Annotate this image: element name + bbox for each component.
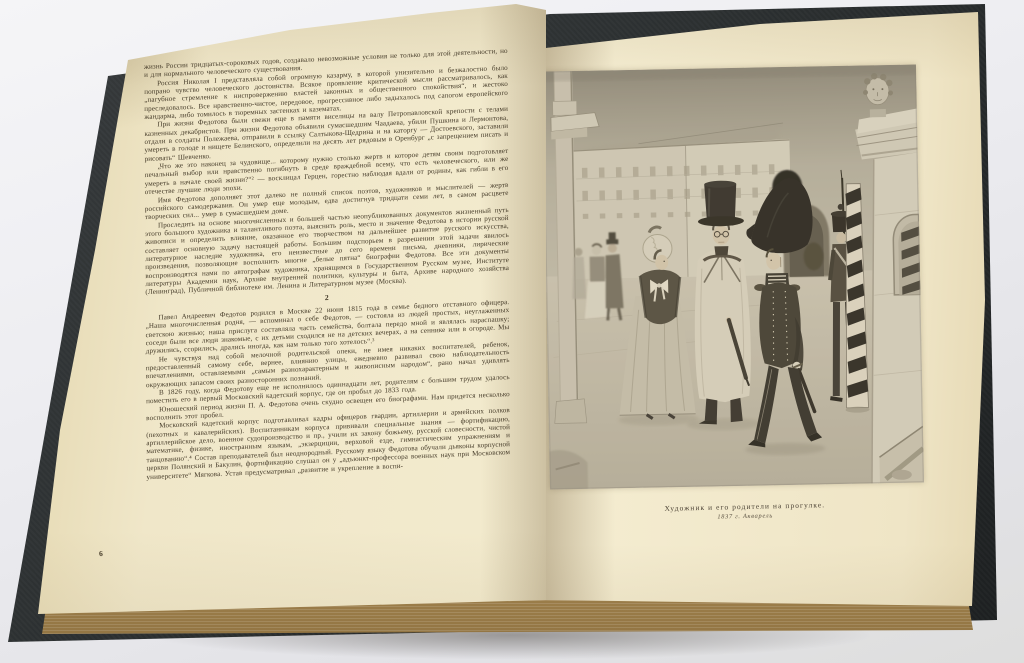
book-photo: Художник и его родители на прогулке. 183… [0,0,1024,663]
page-number: 6 [99,549,103,558]
artist-parents-walk-illustration [542,64,924,489]
left-page-text-column: жизнь России тридцатых-сороковых годов, … [144,47,510,481]
text-paragraph: Проследить на основе многочисленных и бо… [145,205,509,296]
print-tone-overlay [542,64,924,489]
